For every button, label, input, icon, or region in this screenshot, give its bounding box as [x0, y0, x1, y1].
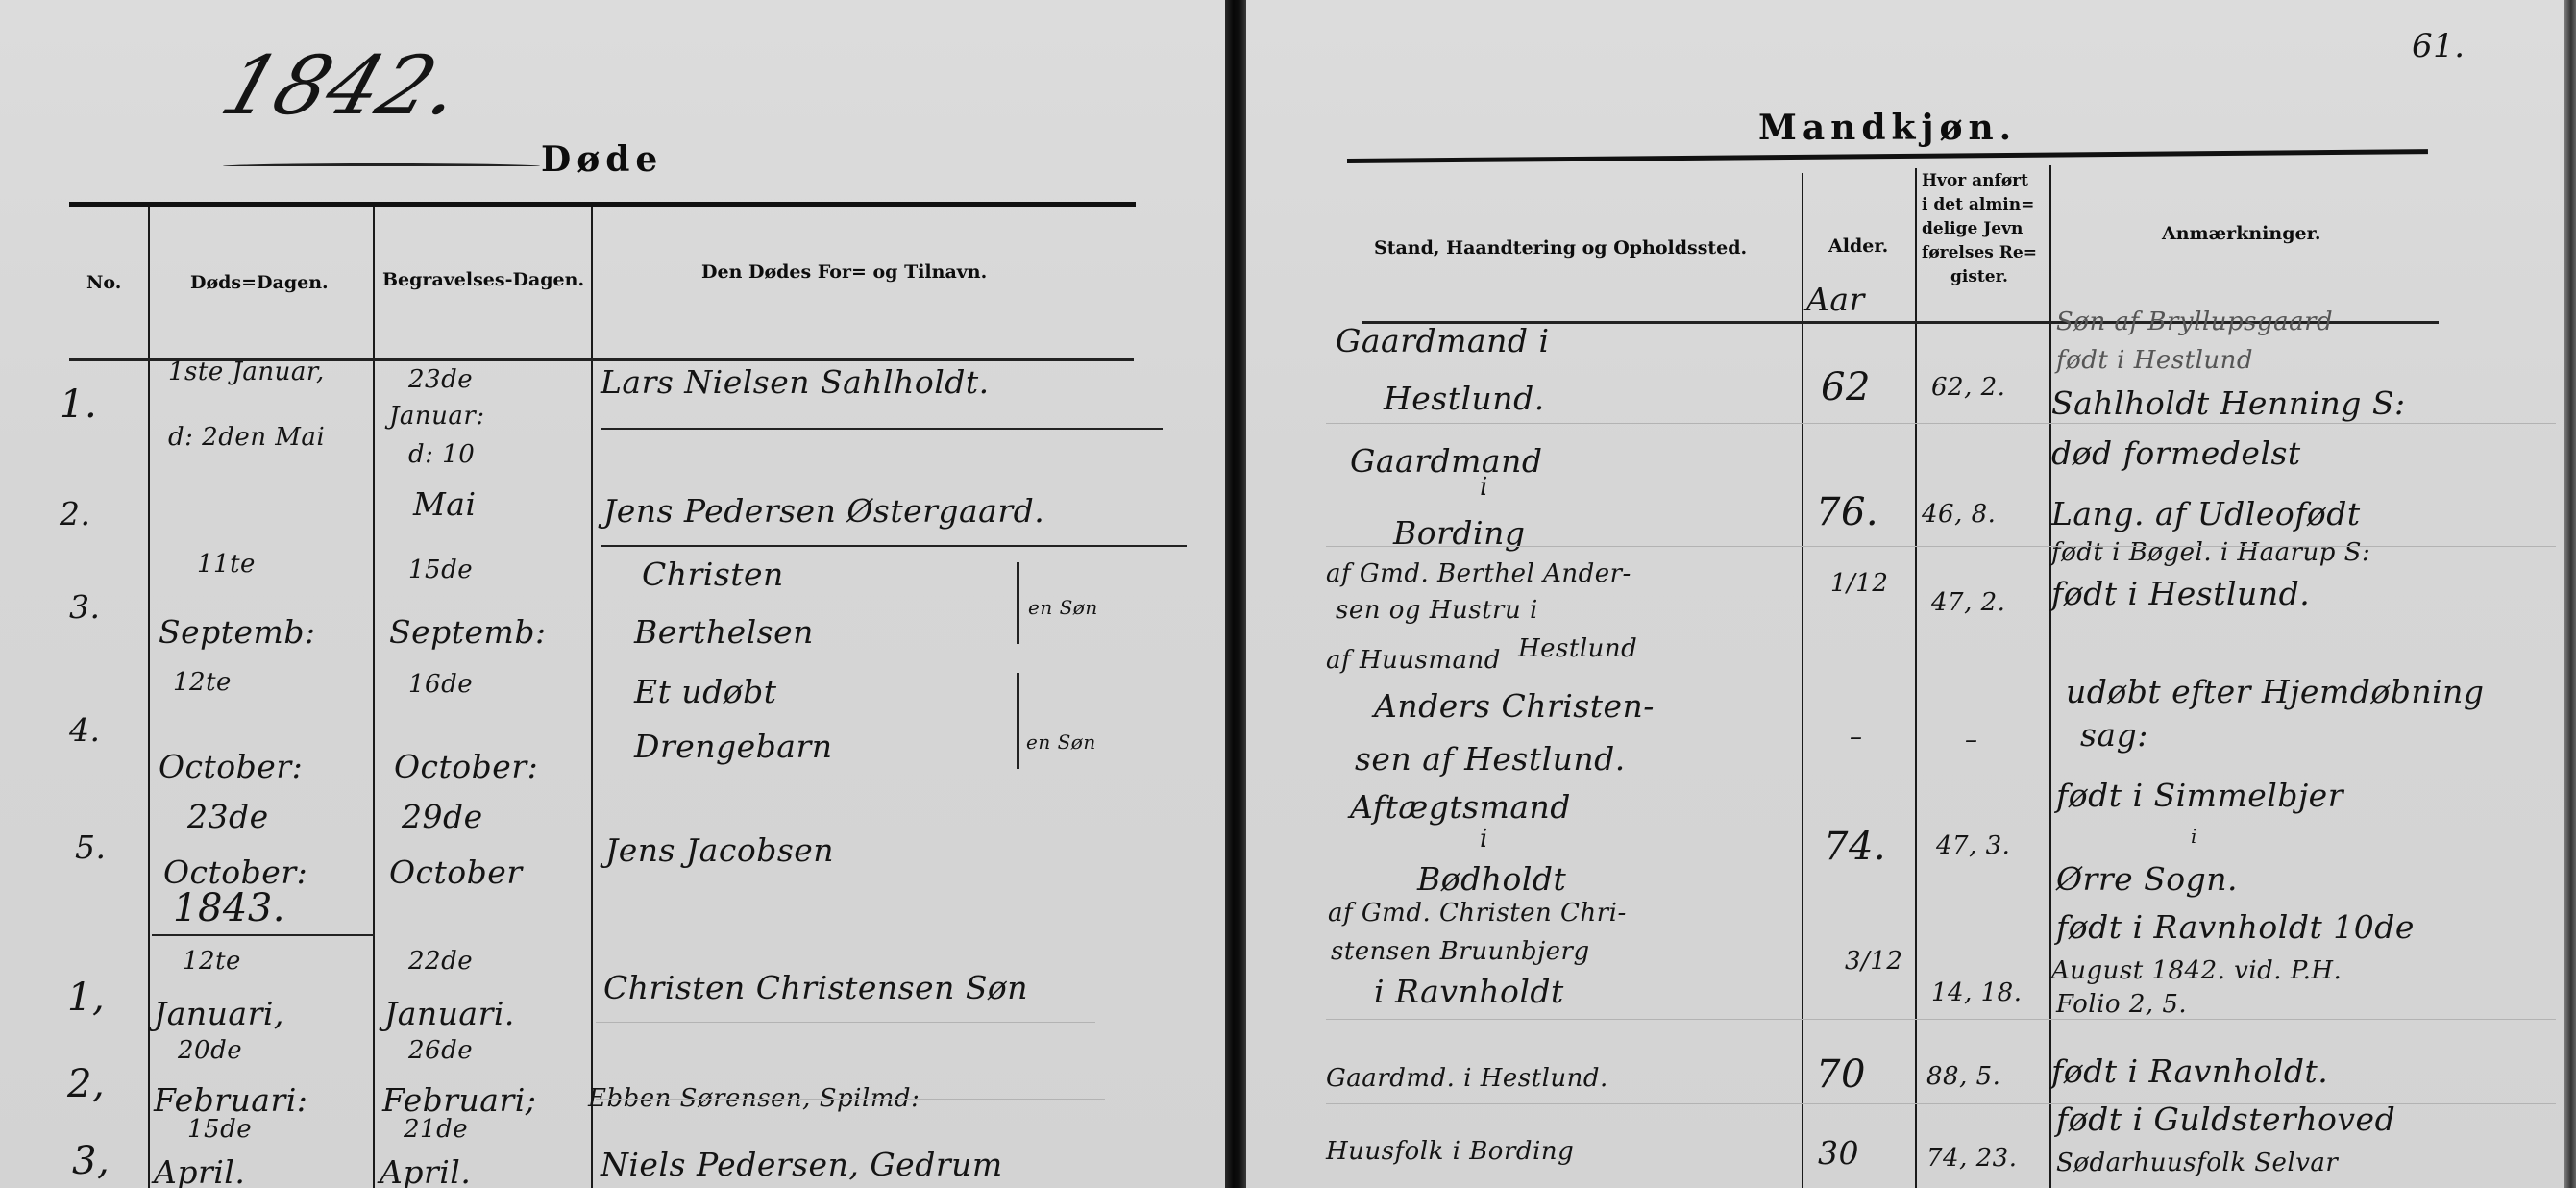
- column-header-register-line3: delige Jevn: [1922, 217, 2023, 241]
- column-header-remarks: Anmærkninger.: [2162, 223, 2320, 244]
- column-header-register-line4: førelses Re=: [1922, 241, 2037, 265]
- register-ref: 46, 8.: [1922, 500, 1996, 529]
- entry-number: 3.: [69, 588, 101, 626]
- column-header-occupation: Stand, Haandtering og Opholdssted.: [1374, 237, 1747, 259]
- column-divider: [1802, 173, 1803, 1188]
- death-day: 11te: [197, 550, 256, 579]
- entry-number: 2,: [67, 1062, 105, 1106]
- occupation: af Huusmand: [1326, 646, 1501, 675]
- register-ref: –: [1965, 726, 1978, 755]
- remarks: født i Ravnholdt.: [2051, 1052, 2328, 1090]
- remarks: født i Hestlund: [2056, 346, 2253, 375]
- occupation: Aftægtsmand: [1350, 788, 1571, 826]
- column-header-register-line1: Hvor anført: [1922, 169, 2028, 193]
- remarks: født i Guldsterhoved: [2056, 1101, 2395, 1138]
- year-flourish: [223, 163, 540, 169]
- burial-day: Septemb:: [389, 613, 547, 651]
- occupation: i Ravnholdt: [1374, 973, 1564, 1010]
- remarks: født i Hestlund.: [2051, 575, 2310, 612]
- register-year: 1842.: [210, 38, 475, 133]
- year-divider-rule: [152, 934, 375, 936]
- remarks: Ørre Sogn.: [2056, 860, 2238, 898]
- burial-day: 22de: [408, 947, 473, 976]
- burial-day: October:: [394, 748, 538, 785]
- deceased-name: Christen Christensen Søn: [603, 969, 1028, 1006]
- deceased-name: Christen: [642, 556, 784, 593]
- burial-day: 21de: [404, 1115, 468, 1144]
- occupation: af Gmd. Christen Chri-: [1328, 899, 1627, 928]
- page-edge: [2564, 0, 2576, 1188]
- column-divider: [2049, 165, 2051, 1188]
- occupation: Gaardmand i: [1336, 322, 1550, 359]
- death-day: October:: [159, 748, 303, 785]
- age: 74.: [1824, 825, 1886, 869]
- remarks: i: [2191, 825, 2197, 848]
- bracket: [1017, 673, 1019, 769]
- death-day: 15de: [187, 1115, 252, 1144]
- occupation: Huusfolk i Bording: [1326, 1137, 1574, 1166]
- burial-day: 23de: [408, 365, 473, 394]
- column-header-register-line5: gister.: [1950, 265, 2008, 289]
- death-day: d: 2den Mai: [168, 423, 325, 452]
- remarks: udøbt efter Hjemdøbning: [2066, 673, 2485, 710]
- age: 30: [1818, 1134, 1859, 1172]
- remarks: Folio 2, 5.: [2056, 990, 2187, 1019]
- death-day: 12te: [173, 668, 232, 697]
- death-day: 20de: [178, 1036, 242, 1065]
- remarks: August 1842. vid. P.H.: [2051, 956, 2342, 985]
- name-underline: [601, 428, 1163, 430]
- age: 76.: [1816, 490, 1878, 534]
- burial-day: Mai: [413, 485, 477, 523]
- death-day: Januari,: [154, 995, 284, 1032]
- occupation: sen og Hustru i: [1336, 596, 1538, 625]
- death-day: 12te: [183, 947, 241, 976]
- remarks: død formedelst: [2051, 434, 2301, 472]
- burial-day: d: 10: [408, 440, 475, 469]
- column-header-burial-day: Begravelses-Dagen.: [382, 269, 584, 290]
- entry-note: en Søn: [1028, 596, 1098, 619]
- remarks: Sødarhuusfolk Selvar: [2056, 1149, 2338, 1177]
- age: 1/12: [1830, 569, 1888, 598]
- burial-day: April.: [380, 1153, 471, 1188]
- register-ref: 74, 23.: [1926, 1144, 2017, 1173]
- burial-day: Januar:: [389, 402, 485, 431]
- burial-day: 16de: [408, 670, 473, 699]
- row-guide: [1326, 1019, 2556, 1020]
- name-underline: [601, 545, 1187, 547]
- row-guide: [596, 1022, 1095, 1023]
- entry-number: 1,: [67, 976, 105, 1020]
- column-header-no: No.: [86, 272, 121, 293]
- page-number: 61.: [2412, 27, 2466, 65]
- deceased-name: Et udøbt: [634, 673, 776, 710]
- deceased-name: Jens Jacobsen: [605, 831, 834, 869]
- entry-number: 1.: [60, 383, 97, 427]
- occupation: af Gmd. Berthel Ander-: [1326, 559, 1631, 588]
- occupation: Hestlund.: [1384, 380, 1545, 417]
- remarks: født i Simmelbjer: [2056, 777, 2343, 814]
- register-ref: 14, 18.: [1931, 978, 2022, 1007]
- remarks: sag:: [2080, 716, 2148, 754]
- column-header-register-line2: i det almin=: [1922, 193, 2034, 217]
- death-day: Septemb:: [159, 613, 316, 651]
- remarks: Sahlholdt Henning S:: [2051, 384, 2406, 422]
- row-guide: [596, 1099, 1105, 1100]
- occupation: Bødholdt: [1417, 860, 1566, 898]
- occupation: sen af Hestlund.: [1355, 740, 1626, 778]
- year-divider-1843: 1843.: [173, 886, 285, 930]
- age-unit-label: Aar: [1806, 281, 1865, 318]
- occupation: i: [1480, 473, 1488, 502]
- entry-note: en Søn: [1026, 730, 1096, 754]
- section-title-dode: Døde: [541, 139, 663, 180]
- age: 70: [1816, 1052, 1866, 1097]
- death-day: 1ste Januar,: [168, 358, 325, 386]
- register-ref: 88, 5.: [1926, 1062, 2000, 1091]
- age: 3/12: [1845, 947, 1902, 976]
- remarks: Lang. af Udleofødt: [2051, 495, 2361, 532]
- death-day: Februari:: [154, 1081, 307, 1119]
- section-title-mandkjon: Mandkjøn.: [1758, 108, 2017, 148]
- row-guide: [1326, 546, 2556, 547]
- deceased-name-line2: Drengebarn: [634, 728, 833, 765]
- remarks: født i Ravnholdt 10de: [2056, 908, 2415, 946]
- deceased-name: Lars Nielsen Sahlholdt.: [601, 363, 990, 401]
- book-gutter: [1225, 0, 1246, 1188]
- entry-number: 4.: [69, 711, 101, 749]
- deceased-name: Jens Pedersen Østergaard.: [603, 492, 1044, 530]
- occupation: Hestlund: [1518, 634, 1637, 663]
- deceased-name: Niels Pedersen, Gedrum: [601, 1146, 1003, 1183]
- register-ref: 62, 2.: [1931, 373, 2005, 402]
- burial-day: 26de: [408, 1036, 473, 1065]
- death-day: April.: [154, 1153, 245, 1188]
- age: –: [1850, 723, 1863, 752]
- occupation: Gaardmd. i Hestlund.: [1326, 1064, 1608, 1093]
- column-divider: [373, 207, 375, 1188]
- table-top-rule: [69, 202, 1136, 207]
- occupation: Gaardmand: [1350, 442, 1542, 480]
- occupation: i: [1480, 825, 1488, 854]
- bracket: [1017, 562, 1019, 644]
- burial-day: 15de: [408, 556, 473, 584]
- burial-day: 29de: [402, 798, 483, 835]
- burial-day: Januari.: [384, 995, 515, 1032]
- age: 62: [1821, 365, 1871, 409]
- burial-day: October: [389, 854, 523, 891]
- row-guide: [1326, 423, 2556, 424]
- death-day: 23de: [187, 798, 269, 835]
- column-header-death-day: Døds=Dagen.: [190, 272, 329, 293]
- burial-day: Februari;: [382, 1081, 536, 1119]
- entry-number: 3,: [72, 1139, 110, 1183]
- entry-number: 2.: [60, 495, 91, 532]
- remarks: Søn af Bryllupsgaard: [2056, 308, 2333, 336]
- occupation: stensen Bruunbjerg: [1331, 937, 1590, 966]
- column-divider: [591, 207, 593, 1188]
- occupation: Anders Christen-: [1374, 687, 1655, 725]
- entry-number: 5.: [75, 829, 107, 866]
- register-ref: 47, 3.: [1936, 831, 2010, 860]
- remarks: født i Bøgel. i Haarup S:: [2051, 538, 2370, 567]
- column-header-age: Alder.: [1828, 235, 1888, 257]
- column-header-name: Den Dødes For= og Tilnavn.: [701, 261, 987, 283]
- column-divider: [148, 207, 150, 1188]
- register-ref: 47, 2.: [1931, 588, 2005, 617]
- deceased-name-line2: Berthelsen: [634, 613, 814, 651]
